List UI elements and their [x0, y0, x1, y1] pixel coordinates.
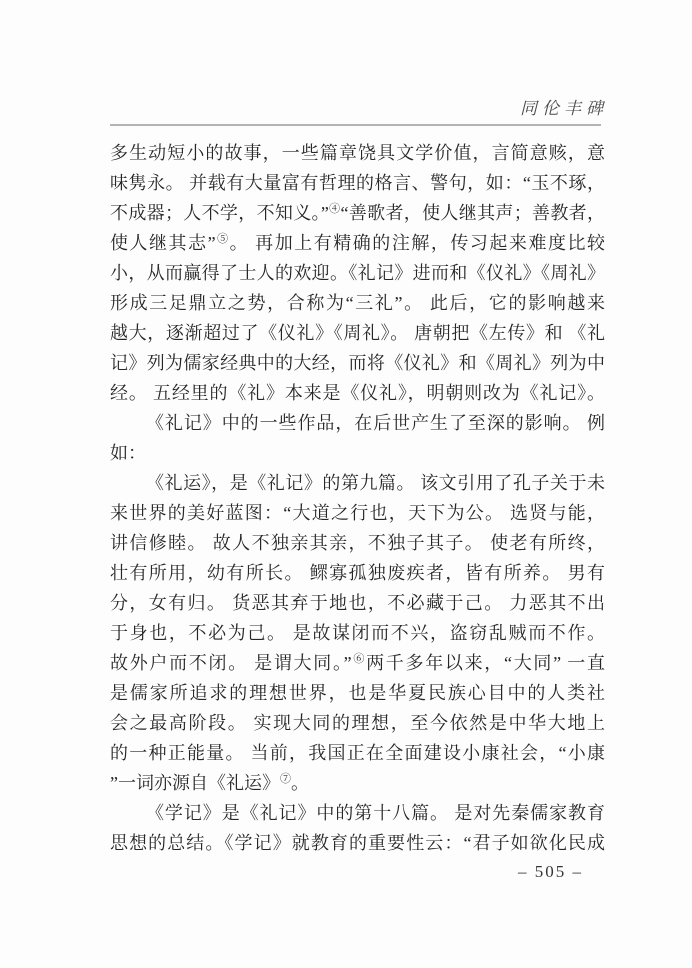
text-line: 讲信修睦。 故人不独亲其亲，不独子其子。 使老有所终，: [110, 528, 605, 558]
text-line: 多生动短小的故事，一些篇章饶具文学价值，言简意赅，意: [110, 138, 605, 168]
text-line: 思想的总结。《学记》就教育的重要性云：“君子如欲化民成: [110, 828, 605, 858]
text-line: 小，从而赢得了士人的欢迎。《礼记》进而和《仪礼》《周礼》: [110, 258, 605, 288]
text-line: 越大，逐渐超过了《仪礼》《周礼》。 唐朝把《左传》和 《礼: [110, 318, 605, 348]
text-line: 味隽永。 并载有大量富有哲理的格言、警句，如：“玉不琢，: [110, 168, 605, 198]
text-line: 于身也，不必为己。 是故谋闭而不兴，盗窃乱贼而不作。: [110, 618, 605, 648]
text-line: 是儒家所追求的理想世界，也是华夏民族心目中的人类社: [110, 678, 605, 708]
text-line: 如：: [110, 438, 605, 468]
page-number: – 505 –: [518, 862, 583, 882]
book-page: 同伦丰碑 多生动短小的故事，一些篇章饶具文学价值，言简意赅，意味隽永。 并载有大…: [0, 0, 692, 968]
text-line: 经。 五经里的《礼》本来是《仪礼》，明朝则改为《礼记》。: [110, 378, 605, 408]
text-line: 《礼记》中的一些作品，在后世产生了至深的影响。 例: [110, 408, 605, 438]
text-line: 《学记》是《礼记》中的第十八篇。 是对先秦儒家教育: [110, 798, 605, 828]
text-line: ”一词亦源自《礼运》⑦。: [110, 768, 605, 798]
text-block: 多生动短小的故事，一些篇章饶具文学价值，言简意赅，意味隽永。 并载有大量富有哲理…: [110, 138, 605, 858]
text-line: 的一种正能量。 当前，我国正在全面建设小康社会，“小康: [110, 738, 605, 768]
text-line: 形成三足鼎立之势，合称为“三礼”。 此后，它的影响越来: [110, 288, 605, 318]
footnote-marker: ⑦: [280, 773, 291, 785]
text-line: 壮有所用，幼有所长。 鳏寡孤独废疾者，皆有所养。 男有: [110, 558, 605, 588]
text-line: 不成器；人不学，不知义。”④“善歌者，使人继其声；善教者，: [110, 198, 605, 228]
text-line: 《礼运》，是《礼记》的第九篇。 该文引用了孔子关于未: [110, 468, 605, 498]
text-line: 记》列为儒家经典中的大经，而将《仪礼》和《周礼》列为中: [110, 348, 605, 378]
footnote-marker: ④: [329, 203, 341, 215]
header-rule: [110, 124, 601, 126]
running-header-title: 同伦丰碑: [520, 97, 608, 121]
text-line: 来世界的美好蓝图：“大道之行也，天下为公。 选贤与能，: [110, 498, 605, 528]
footnote-marker: ⑥: [352, 653, 366, 665]
text-line: 使人继其志”⑤。 再加上有精确的注解，传习起来难度比较: [110, 228, 605, 258]
text-line: 故外户而不闭。 是谓大同。”⑥两千多年以来，“大同” 一直: [110, 648, 605, 678]
text-line: 分，女有归。 货恶其弃于地也，不必藏于己。 力恶其不出: [110, 588, 605, 618]
text-line: 会之最高阶段。 实现大同的理想，至今依然是中华大地上: [110, 708, 605, 738]
footnote-marker: ⑤: [216, 233, 230, 245]
